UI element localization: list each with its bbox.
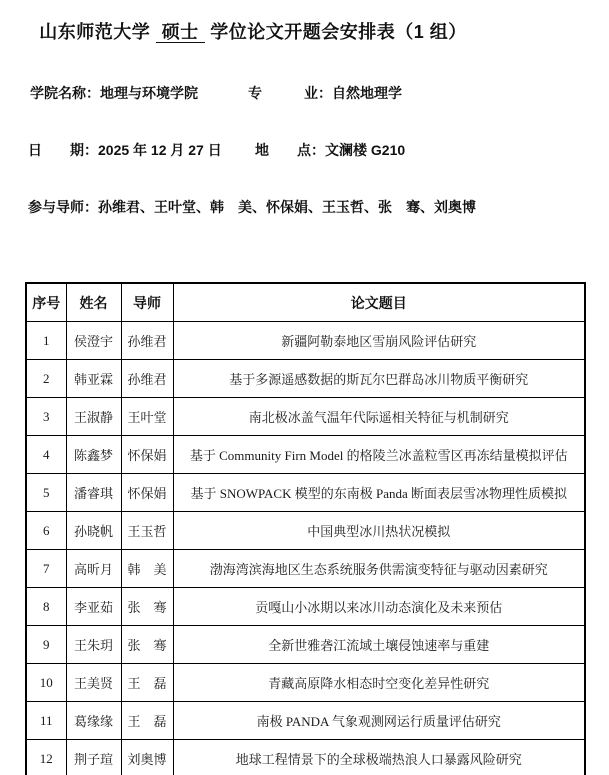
student-name-cell: 葛缘缘 xyxy=(66,702,121,740)
table-row: 8 李亚茹 张 骞 贡嘎山小冰期以来冰川动态演化及未来预估 xyxy=(26,588,585,626)
row-number-cell: 5 xyxy=(26,474,66,512)
col-header-name: 姓名 xyxy=(66,283,121,322)
thesis-title-cell: 基于 SNOWPACK 模型的东南极 Panda 断面表层雪冰物理性质模拟 xyxy=(173,474,585,512)
thesis-title-cell: 南极 PANDA 气象观测网运行质量评估研究 xyxy=(173,702,585,740)
thesis-title-cell: 南北极冰盖气温年代际遥相关特征与机制研究 xyxy=(173,398,585,436)
college-label: 学院名称： xyxy=(30,85,100,101)
row-number-cell: 10 xyxy=(26,664,66,702)
student-name-cell: 荆子瑄 xyxy=(66,740,121,775)
table-row: 10 王美贤 王 磊 青藏高原降水相态时空变化差异性研究 xyxy=(26,664,585,702)
row-number-cell: 6 xyxy=(26,512,66,550)
title-university: 山东师范大学 xyxy=(39,22,150,42)
info-line-date: 日 期：2025 年 12 月 27 日 地 点：文澜楼 G210 xyxy=(28,140,588,160)
row-number-cell: 4 xyxy=(26,436,66,474)
table-row: 12 荆子瑄 刘奥博 地球工程情景下的全球极端热浪人口暴露风险研究 xyxy=(26,740,585,775)
student-name-cell: 韩亚霖 xyxy=(66,360,121,398)
major-label: 专 业： xyxy=(248,85,332,101)
thesis-title-cell: 青藏高原降水相态时空变化差异性研究 xyxy=(173,664,585,702)
student-name-cell: 李亚茹 xyxy=(66,588,121,626)
college-value: 地理与环境学院 xyxy=(100,85,198,101)
info-line-college: 学院名称：地理与环境学院 专 业：自然地理学 xyxy=(30,83,590,103)
mentor-name-cell: 王 磊 xyxy=(121,664,173,702)
row-number-cell: 12 xyxy=(26,740,66,775)
mentor-name-cell: 怀保娟 xyxy=(121,436,173,474)
thesis-title-cell: 新疆阿勒泰地区雪崩风险评估研究 xyxy=(173,322,585,360)
mentor-name-cell: 张 骞 xyxy=(121,626,173,664)
student-name-cell: 孙晓帆 xyxy=(66,512,121,550)
student-name-cell: 王美贤 xyxy=(66,664,121,702)
table-row: 5 潘睿琪 怀保娟 基于 SNOWPACK 模型的东南极 Panda 断面表层雪… xyxy=(26,474,585,512)
mentor-name-cell: 王叶堂 xyxy=(121,398,173,436)
mentor-name-cell: 怀保娟 xyxy=(121,474,173,512)
title-suffix: 学位论文开题会安排表（1 组） xyxy=(210,22,467,42)
row-number-cell: 7 xyxy=(26,550,66,588)
student-name-cell: 潘睿琪 xyxy=(66,474,121,512)
document-page: 山东师范大学 硕士 学位论文开题会安排表（1 组） 学院名称：地理与环境学院 专… xyxy=(0,0,609,775)
thesis-title-cell: 中国典型冰川热状况模拟 xyxy=(173,512,585,550)
table-row: 2 韩亚霖 孙维君 基于多源遥感数据的斯瓦尔巴群岛冰川物质平衡研究 xyxy=(26,360,585,398)
date-label: 日 期： xyxy=(28,142,98,158)
table-header-row: 序号 姓名 导师 论文题目 xyxy=(26,283,585,322)
table-row: 1 侯澄宇 孙维君 新疆阿勒泰地区雪崩风险评估研究 xyxy=(26,322,585,360)
page-title: 山东师范大学 硕士 学位论文开题会安排表（1 组） xyxy=(0,18,506,44)
thesis-title-cell: 基于 Community Firn Model 的格陵兰冰盖粒雪区再冻结量模拟评… xyxy=(173,436,585,474)
student-name-cell: 王朱玥 xyxy=(66,626,121,664)
col-header-title: 论文题目 xyxy=(173,283,585,322)
student-name-cell: 王淑静 xyxy=(66,398,121,436)
student-name-cell: 陈鑫梦 xyxy=(66,436,121,474)
table-row: 4 陈鑫梦 怀保娟 基于 Community Firn Model 的格陵兰冰盖… xyxy=(26,436,585,474)
table-row: 3 王淑静 王叶堂 南北极冰盖气温年代际遥相关特征与机制研究 xyxy=(26,398,585,436)
mentors-label: 参与导师： xyxy=(28,199,98,215)
thesis-title-cell: 全新世雅砻江流域土壤侵蚀速率与重建 xyxy=(173,626,585,664)
col-header-mentor: 导师 xyxy=(121,283,173,322)
student-name-cell: 侯澄宇 xyxy=(66,322,121,360)
thesis-title-cell: 贡嘎山小冰期以来冰川动态演化及未来预估 xyxy=(173,588,585,626)
mentor-name-cell: 张 骞 xyxy=(121,588,173,626)
mentors-value: 孙维君、王叶堂、韩 美、怀保娟、王玉哲、张 骞、刘奥博 xyxy=(98,199,476,215)
mentor-name-cell: 孙维君 xyxy=(121,360,173,398)
table-row: 9 王朱玥 张 骞 全新世雅砻江流域土壤侵蚀速率与重建 xyxy=(26,626,585,664)
row-number-cell: 1 xyxy=(26,322,66,360)
row-number-cell: 8 xyxy=(26,588,66,626)
location-label: 地 点： xyxy=(255,142,325,158)
thesis-title-cell: 渤海湾滨海地区生态系统服务供需演变特征与驱动因素研究 xyxy=(173,550,585,588)
col-header-no: 序号 xyxy=(26,283,66,322)
thesis-title-cell: 地球工程情景下的全球极端热浪人口暴露风险研究 xyxy=(173,740,585,775)
table-row: 7 高昕月 韩 美 渤海湾滨海地区生态系统服务供需演变特征与驱动因素研究 xyxy=(26,550,585,588)
location-segment: 地 点：文澜楼 G210 xyxy=(255,140,405,160)
date-value: 2025 年 12 月 27 日 xyxy=(98,142,222,158)
table-row: 6 孙晓帆 王玉哲 中国典型冰川热状况模拟 xyxy=(26,512,585,550)
thesis-schedule-table: 序号 姓名 导师 论文题目 1 侯澄宇 孙维君 新疆阿勒泰地区雪崩风险评估研究 … xyxy=(25,282,586,775)
major-segment: 专 业：自然地理学 xyxy=(248,83,402,103)
table-body: 1 侯澄宇 孙维君 新疆阿勒泰地区雪崩风险评估研究 2 韩亚霖 孙维君 基于多源… xyxy=(26,322,585,775)
mentor-name-cell: 刘奥博 xyxy=(121,740,173,775)
mentor-name-cell: 王玉哲 xyxy=(121,512,173,550)
mentor-name-cell: 王 磊 xyxy=(121,702,173,740)
thesis-title-cell: 基于多源遥感数据的斯瓦尔巴群岛冰川物质平衡研究 xyxy=(173,360,585,398)
major-value: 自然地理学 xyxy=(332,85,402,101)
table-row: 11 葛缘缘 王 磊 南极 PANDA 气象观测网运行质量评估研究 xyxy=(26,702,585,740)
row-number-cell: 2 xyxy=(26,360,66,398)
info-line-mentors: 参与导师：孙维君、王叶堂、韩 美、怀保娟、王玉哲、张 骞、刘奥博 xyxy=(28,197,588,217)
row-number-cell: 11 xyxy=(26,702,66,740)
student-name-cell: 高昕月 xyxy=(66,550,121,588)
mentor-name-cell: 韩 美 xyxy=(121,550,173,588)
title-degree-underlined: 硕士 xyxy=(156,22,205,43)
mentor-name-cell: 孙维君 xyxy=(121,322,173,360)
row-number-cell: 3 xyxy=(26,398,66,436)
location-value: 文澜楼 G210 xyxy=(325,142,405,158)
row-number-cell: 9 xyxy=(26,626,66,664)
